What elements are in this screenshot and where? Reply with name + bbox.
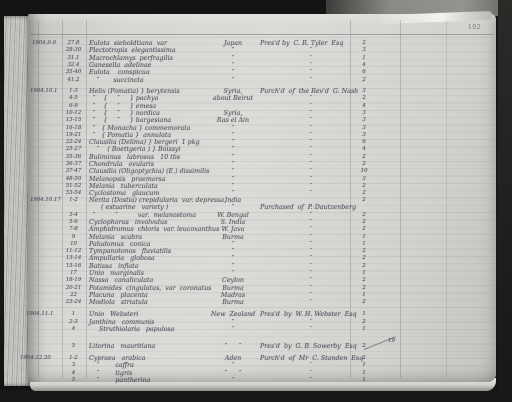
- locality: ″: [183, 248, 283, 255]
- species-name: Melania tuberculata: [89, 183, 158, 190]
- specimen-count: 2: [354, 95, 374, 102]
- entry-date: 1904.11.1: [26, 311, 56, 318]
- specimen-count: 2: [354, 343, 374, 350]
- acquisition-ditto-mark: ″: [306, 132, 316, 139]
- specimen-count: 1: [354, 370, 374, 377]
- species-name: Litorina mauritiana: [89, 343, 155, 350]
- acquisition-ditto-mark: ″: [306, 77, 316, 84]
- locality: ″: [183, 263, 283, 270]
- entry-number: 4: [62, 370, 85, 377]
- register-scan-photo: 102 19 1904.9.627.8Eulota sieboldtiana v…: [0, 0, 512, 402]
- locality: ″: [183, 125, 283, 132]
- entry-number: 1-3: [62, 88, 85, 95]
- species-name: ″ { ″ } emesa: [89, 103, 156, 110]
- acquisition-ditto-mark: ″: [306, 110, 316, 117]
- species-name: Unio Websteri: [89, 311, 138, 318]
- acquisition-ditto-mark: ″: [306, 212, 316, 219]
- entry-number: 10: [62, 241, 85, 248]
- entry-number: 4: [62, 326, 85, 333]
- acquisition-ditto-mark: ″: [306, 154, 316, 161]
- acquisition-ditto-mark: ″: [306, 95, 316, 102]
- specimen-count: 4: [354, 146, 374, 153]
- species-name: ″ tigris: [89, 370, 132, 377]
- entry-number: 1: [62, 311, 85, 318]
- species-name: Eulota conspicua: [89, 69, 150, 76]
- acquisition-ditto-mark: ″: [306, 226, 316, 233]
- locality: ″: [183, 146, 283, 153]
- entry-number: 31.1: [62, 55, 85, 62]
- entry-number: 13-14: [62, 255, 85, 262]
- specimen-count: 2: [354, 277, 374, 284]
- locality: ″: [183, 326, 283, 333]
- specimen-count: 2: [354, 212, 374, 219]
- species-name: ″ { ″ } nordica: [89, 110, 160, 117]
- species-name: Modiola striatula: [89, 299, 148, 306]
- acquisition-ditto-mark: ″: [306, 270, 316, 277]
- acquisition-ditto-mark: ″: [306, 62, 316, 69]
- entry-date: 1904.10.1: [30, 88, 60, 95]
- acquisition-ditto-mark: ″: [306, 219, 316, 226]
- acquisition-note: Purch'd of the Rev'd G. Nash: [260, 88, 358, 95]
- species-name: Batissa inflata: [89, 263, 138, 270]
- specimen-count: 3: [354, 117, 374, 124]
- specimen-count: 1: [354, 362, 374, 369]
- specimen-count: 1: [354, 311, 374, 318]
- entry-number: 6-9: [62, 103, 85, 110]
- entry-number: 9: [62, 234, 85, 241]
- species-name: ( estuarine variety ): [89, 204, 168, 211]
- entry-number: 19-21: [62, 132, 85, 139]
- specimen-count: 2: [354, 154, 374, 161]
- specimen-count: 6: [354, 69, 374, 76]
- locality: ″: [183, 154, 283, 161]
- specimen-count: 3: [354, 125, 374, 132]
- entry-number: 35-36: [62, 154, 85, 161]
- species-name: Unio marginalis: [89, 270, 144, 277]
- locality: ″: [183, 132, 283, 139]
- entry-number: 5: [62, 377, 85, 384]
- locality: about Beirut: [183, 95, 283, 102]
- locality: ″: [183, 270, 283, 277]
- specimen-count: 1: [354, 270, 374, 277]
- entry-number: 13-15: [62, 117, 85, 124]
- acquisition-ditto-mark: ″: [306, 47, 316, 54]
- specimen-count: 10: [354, 168, 374, 175]
- specimen-count: 2: [354, 255, 374, 262]
- acquisition-note: Purchased of P. Dautzenberg: [260, 204, 356, 211]
- species-name: Cypraea arabica: [89, 355, 146, 362]
- locality: ″: [183, 168, 283, 175]
- entry-number: 7-8: [62, 226, 85, 233]
- species-name: ″ succincta: [89, 77, 144, 84]
- entry-number: 48-50: [62, 176, 85, 183]
- entry-number: 2-3: [62, 319, 85, 326]
- acquisition-ditto-mark: ″: [306, 146, 316, 153]
- acquisition-ditto-mark: ″: [306, 183, 316, 190]
- species-name: Ganesella adelinae: [89, 62, 151, 69]
- acquisition-ditto-mark: ″: [306, 168, 316, 175]
- specimen-count: 1: [354, 241, 374, 248]
- specimen-count: 3: [354, 132, 374, 139]
- entry-number: 1-2: [62, 197, 85, 204]
- specimen-count: 2: [354, 285, 374, 292]
- species-name: Janthina communis: [89, 319, 154, 326]
- locality: Syria,: [183, 110, 283, 117]
- specimen-count: 2: [354, 183, 374, 190]
- specimen-count: 1: [354, 292, 374, 299]
- locality: Ras el Ain: [183, 117, 283, 124]
- acquisition-ditto-mark: ″: [306, 326, 316, 333]
- locality: ″: [183, 62, 283, 69]
- acquisition-ditto-mark: ″: [306, 103, 316, 110]
- entry-number: 3: [62, 362, 85, 369]
- acquisition-ditto-mark: ″: [306, 234, 316, 241]
- specimen-count: 1: [354, 55, 374, 62]
- acquisition-note: Pres'd by W. H. Webster Esq: [260, 311, 357, 318]
- species-name: ″ ″ var. melanostoma: [89, 212, 196, 219]
- specimen-count: 2: [354, 77, 374, 84]
- locality: ″: [183, 377, 283, 384]
- specimen-count: 3: [354, 110, 374, 117]
- acquisition-ditto-mark: ″: [306, 263, 316, 270]
- acquisition-ditto-mark: ″: [306, 125, 316, 132]
- species-name: ″ ( Boettgeria ) } Boissyi: [89, 146, 181, 153]
- species-name: Struthiolaria papulosa: [89, 326, 175, 333]
- acquisition-ditto-mark: ″: [306, 176, 316, 183]
- species-name: Chondrula ovularis: [89, 161, 154, 168]
- specimen-count: 3: [354, 176, 374, 183]
- locality: ″ ″: [183, 370, 283, 377]
- species-name: Cyclophorus involvulus: [89, 219, 167, 226]
- species-name: Macrochlamys perfragilis: [89, 55, 173, 62]
- entry-number: 20-21: [62, 285, 85, 292]
- locality: Ceylon: [183, 277, 283, 284]
- locality: W. Bengal: [183, 212, 283, 219]
- entry-number: 51-52: [62, 183, 85, 190]
- locality: ″: [183, 176, 283, 183]
- specimen-count: 2: [354, 219, 374, 226]
- entry-number: 23-24: [62, 299, 85, 306]
- locality: Burma: [183, 234, 283, 241]
- acquisition-ditto-mark: ″: [306, 370, 316, 377]
- entry-number: 32.4: [62, 62, 85, 69]
- entry-number: 36-37: [62, 161, 85, 168]
- species-name: ″ caffra: [89, 362, 134, 369]
- locality: ″: [183, 319, 283, 326]
- entry-number: 15-16: [62, 263, 85, 270]
- species-name: Melania scabra: [89, 234, 142, 241]
- specimen-count: 2: [354, 263, 374, 270]
- species-name: Nassa canaliculata: [89, 277, 153, 284]
- species-name: ″ pantherina: [89, 377, 150, 384]
- acquisition-note: Pres'd by G. B. Sowerby Esq: [260, 343, 357, 350]
- locality: ″: [183, 241, 283, 248]
- specimen-count: 1: [354, 377, 374, 384]
- species-name: Paludomus conica: [89, 241, 151, 248]
- specimen-count: 2: [354, 299, 374, 306]
- entry-date: 1904.10.17: [30, 197, 60, 204]
- specimen-count: 2: [354, 226, 374, 233]
- acquisition-ditto-mark: ″: [306, 319, 316, 326]
- locality: ″: [183, 161, 283, 168]
- locality: ″: [183, 69, 283, 76]
- species-name: Helix (Pomatia) } berytensis: [89, 88, 180, 95]
- specimen-count: 4: [354, 62, 374, 69]
- specimen-count: 1: [354, 234, 374, 241]
- entry-number: 35-40: [62, 69, 85, 76]
- entry-number: 28-30: [62, 47, 85, 54]
- handwriting-layer: 1904.9.627.8Eulota sieboldtiana varJapan…: [0, 0, 512, 402]
- locality: ″: [183, 77, 283, 84]
- entry-date: 1904.9.6: [32, 40, 62, 47]
- acquisition-ditto-mark: ″: [306, 292, 316, 299]
- acquisition-ditto-mark: ″: [306, 255, 316, 262]
- acquisition-ditto-mark: ″: [306, 117, 316, 124]
- specimen-count: 2: [354, 319, 374, 326]
- locality: ″: [183, 255, 283, 262]
- entry-number: 1-2: [62, 355, 85, 362]
- specimen-count: 2: [354, 197, 374, 204]
- acquisition-ditto-mark: ″: [306, 161, 316, 168]
- entry-number: 18-19: [62, 277, 85, 284]
- locality: ″: [183, 362, 283, 369]
- entry-number: 41.2: [62, 77, 85, 84]
- entry-number: 27.8: [62, 40, 85, 47]
- species-name: ″ { Pomatia } annulata: [89, 132, 171, 139]
- locality: S. India: [183, 219, 283, 226]
- entry-number: 37-47: [62, 168, 85, 175]
- entry-date: 1904.12.20: [20, 355, 50, 362]
- locality: Burma: [183, 299, 283, 306]
- locality: Madras: [183, 292, 283, 299]
- entry-number: 5: [62, 343, 85, 350]
- entry-number: 16-18: [62, 125, 85, 132]
- entry-number: 4-5: [62, 95, 85, 102]
- species-name: Plectotropis elegantissima: [89, 47, 176, 54]
- entry-number: 10-12: [62, 110, 85, 117]
- specimen-count: 2: [354, 40, 374, 47]
- species-name: ″ { ″ } pachya: [89, 95, 158, 102]
- locality: India: [183, 197, 283, 204]
- locality: ″: [183, 183, 283, 190]
- species-name: ″ { Monacha } commemorata: [89, 125, 191, 132]
- entry-number: 22: [62, 292, 85, 299]
- species-name: Placuna placenta: [89, 292, 148, 299]
- locality: ″: [183, 139, 283, 146]
- acquisition-ditto-mark: ″: [306, 69, 316, 76]
- species-name: Ampullaria globosa: [89, 255, 155, 262]
- entry-number: 25-27: [62, 146, 85, 153]
- species-name: Buliminus labrosus 10 tbs: [89, 154, 180, 161]
- locality: Burma: [183, 285, 283, 292]
- locality: ″: [183, 55, 283, 62]
- acquisition-ditto-mark: ″: [306, 299, 316, 306]
- species-name: Eulota sieboldtiana var: [89, 40, 167, 47]
- acquisition-ditto-mark: ″: [306, 362, 316, 369]
- entry-number: 17: [62, 270, 85, 277]
- species-name: Melanopsis praemorsa: [89, 176, 166, 183]
- acquisition-note: Pres'd by C. R. Tyler Esq: [260, 40, 343, 47]
- species-name: Tympanotonos fluviatilis: [89, 248, 171, 255]
- acquisition-ditto-mark: ″: [306, 241, 316, 248]
- acquisition-ditto-mark: ″: [306, 190, 316, 197]
- specimen-count: 1: [354, 326, 374, 333]
- specimen-count: 2: [354, 161, 374, 168]
- entry-number: 5-6: [62, 219, 85, 226]
- acquisition-ditto-mark: ″: [306, 55, 316, 62]
- locality: W. Java: [183, 226, 283, 233]
- acquisition-ditto-mark: ″: [306, 377, 316, 384]
- locality: ″: [183, 47, 283, 54]
- acquisition-note: Purch'd of Mr C. Standen Esq: [260, 355, 363, 362]
- species-name: ″ { ″ } bargesiana: [89, 117, 171, 124]
- entry-number: 3-4: [62, 212, 85, 219]
- specimen-count: 4: [354, 103, 374, 110]
- specimen-count: 3: [354, 47, 374, 54]
- acquisition-ditto-mark: ″: [306, 285, 316, 292]
- acquisition-ditto-mark: ″: [306, 277, 316, 284]
